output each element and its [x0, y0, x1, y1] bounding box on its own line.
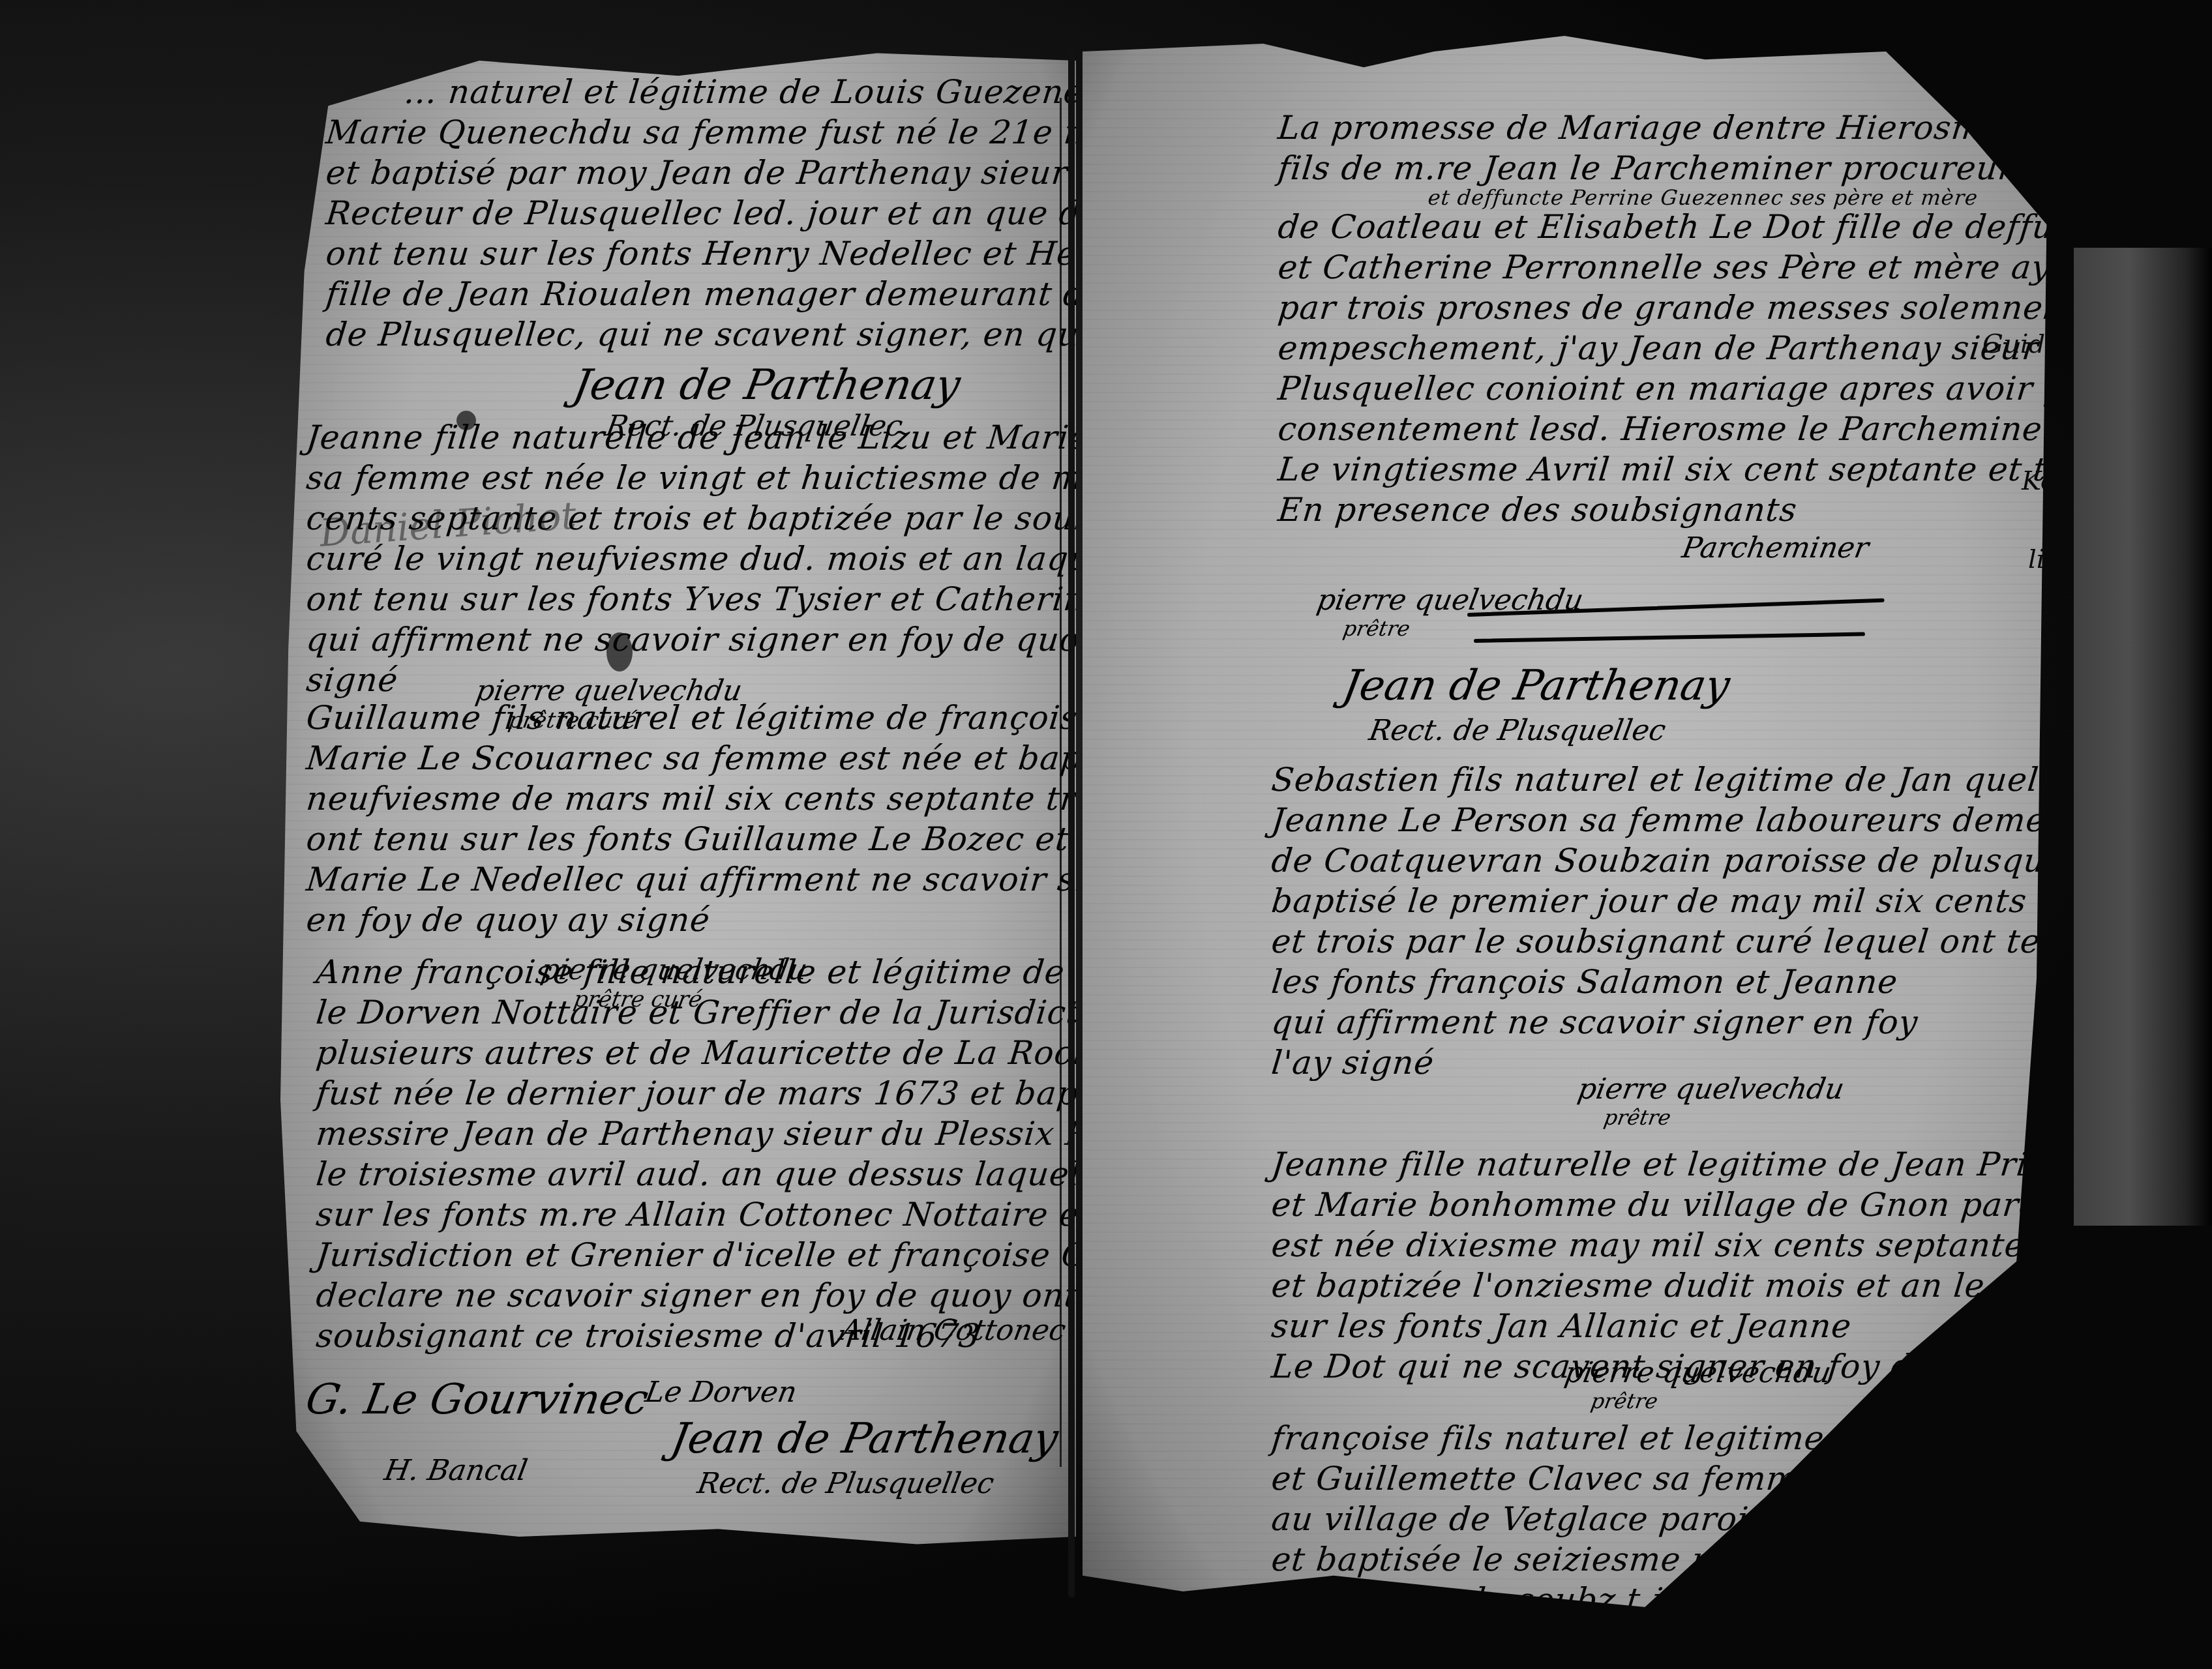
signature: pierre quelvechdu	[1562, 1356, 1834, 1389]
signature-title: prêtre	[1602, 1105, 1673, 1130]
signature-title: Rect. de Plusquellec	[695, 1467, 997, 1500]
signature: Parcheminer	[1680, 531, 1872, 565]
signature: Le Dorven	[643, 1376, 800, 1409]
signature-title: prêtre	[1341, 616, 1412, 641]
register-binding-edge	[2074, 248, 2212, 1226]
signature: Jean de Parthenay	[1339, 662, 1733, 710]
signature: Allain Cottonec	[839, 1314, 1069, 1347]
signature-title: prêtre	[1589, 1389, 1660, 1413]
signature: Jean de Parthenay	[667, 1415, 1062, 1463]
signature: pierre quelvechdu	[1576, 1072, 1847, 1106]
signature: G. Le Gourvinec	[302, 1376, 651, 1424]
signature: H. Bancal	[382, 1454, 530, 1487]
pen-flourish	[1474, 632, 1865, 643]
left-page: Daniel Pichot … naturel et légitime de L…	[280, 46, 1076, 1552]
book-gutter	[1068, 46, 1075, 1597]
signature-title: Rect. de Plusquellec	[1367, 714, 1669, 747]
